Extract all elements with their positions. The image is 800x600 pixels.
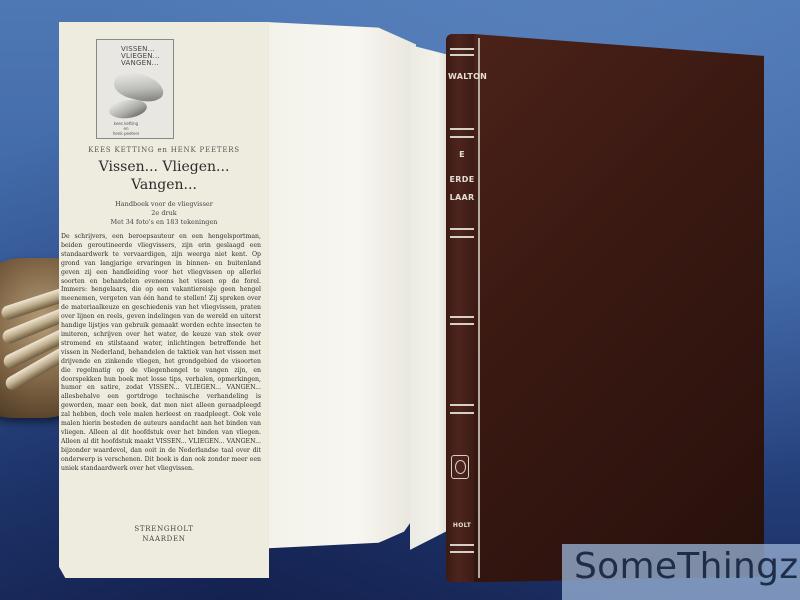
watermark: SomeThingz — [562, 544, 800, 600]
cover-thumbnail: VISSEN... VLIEGEN... VANGEN... kees kett… — [96, 39, 174, 139]
flap-title-line2: Vangen... — [59, 177, 269, 193]
spine-band — [450, 228, 474, 230]
cover-hinge-line — [478, 38, 480, 578]
spine-publisher: HOLT — [448, 522, 476, 529]
spine-band — [450, 412, 474, 414]
spine-band — [450, 48, 474, 50]
publisher-line: STRENGHOLT — [59, 524, 269, 534]
thumbnail-authors: kees ketting en henk peeters — [111, 121, 141, 136]
spine-band — [450, 551, 474, 553]
spine-author: WALTON — [448, 72, 476, 81]
publisher-line: NAARDEN — [59, 534, 269, 544]
spine-title-line: LAAR — [448, 193, 476, 202]
spine-band — [450, 54, 474, 56]
watermark-text: SomeThingz — [574, 546, 798, 587]
thumbnail-title-line: VANGEN... — [121, 60, 160, 67]
spine-band — [450, 136, 474, 138]
flap-authors: KEES KETTING en HENK PEETERS — [59, 146, 269, 154]
subtitle-line: Handboek voor de vliegvisser — [59, 200, 269, 209]
flap-blurb: De schrijvers, een beroepsauteur en een … — [61, 233, 261, 518]
spine-band — [450, 128, 474, 130]
spine-band — [450, 544, 474, 546]
spine-title-line: E — [448, 150, 476, 159]
thumbnail-title: VISSEN... VLIEGEN... VANGEN... — [121, 46, 160, 67]
spine-title-line: ERDE — [448, 175, 476, 184]
publisher-emblem-icon — [451, 455, 469, 479]
dust-jacket-flap: VISSEN... VLIEGEN... VANGEN... kees kett… — [59, 22, 269, 578]
endpaper-left — [266, 22, 416, 582]
flap-subtitle: Handboek voor de vliegvisser 2e druk Met… — [59, 200, 269, 227]
spine-band — [450, 316, 474, 318]
fish-illustration — [108, 97, 148, 120]
flap-title-line1: Vissen... Vliegen... — [59, 159, 269, 175]
flap-publisher: STRENGHOLT NAARDEN — [59, 524, 269, 544]
spine-band — [450, 323, 474, 325]
subtitle-line: Met 34 foto's en 183 tekeningen — [59, 218, 269, 227]
book-spine — [446, 34, 476, 582]
endpaper-right — [410, 45, 450, 555]
subtitle-line: 2e druk — [59, 209, 269, 218]
spine-band — [450, 404, 474, 406]
spine-band — [450, 236, 474, 238]
book-cover — [474, 34, 764, 582]
thumbnail-author-line: henk peeters — [111, 131, 141, 136]
